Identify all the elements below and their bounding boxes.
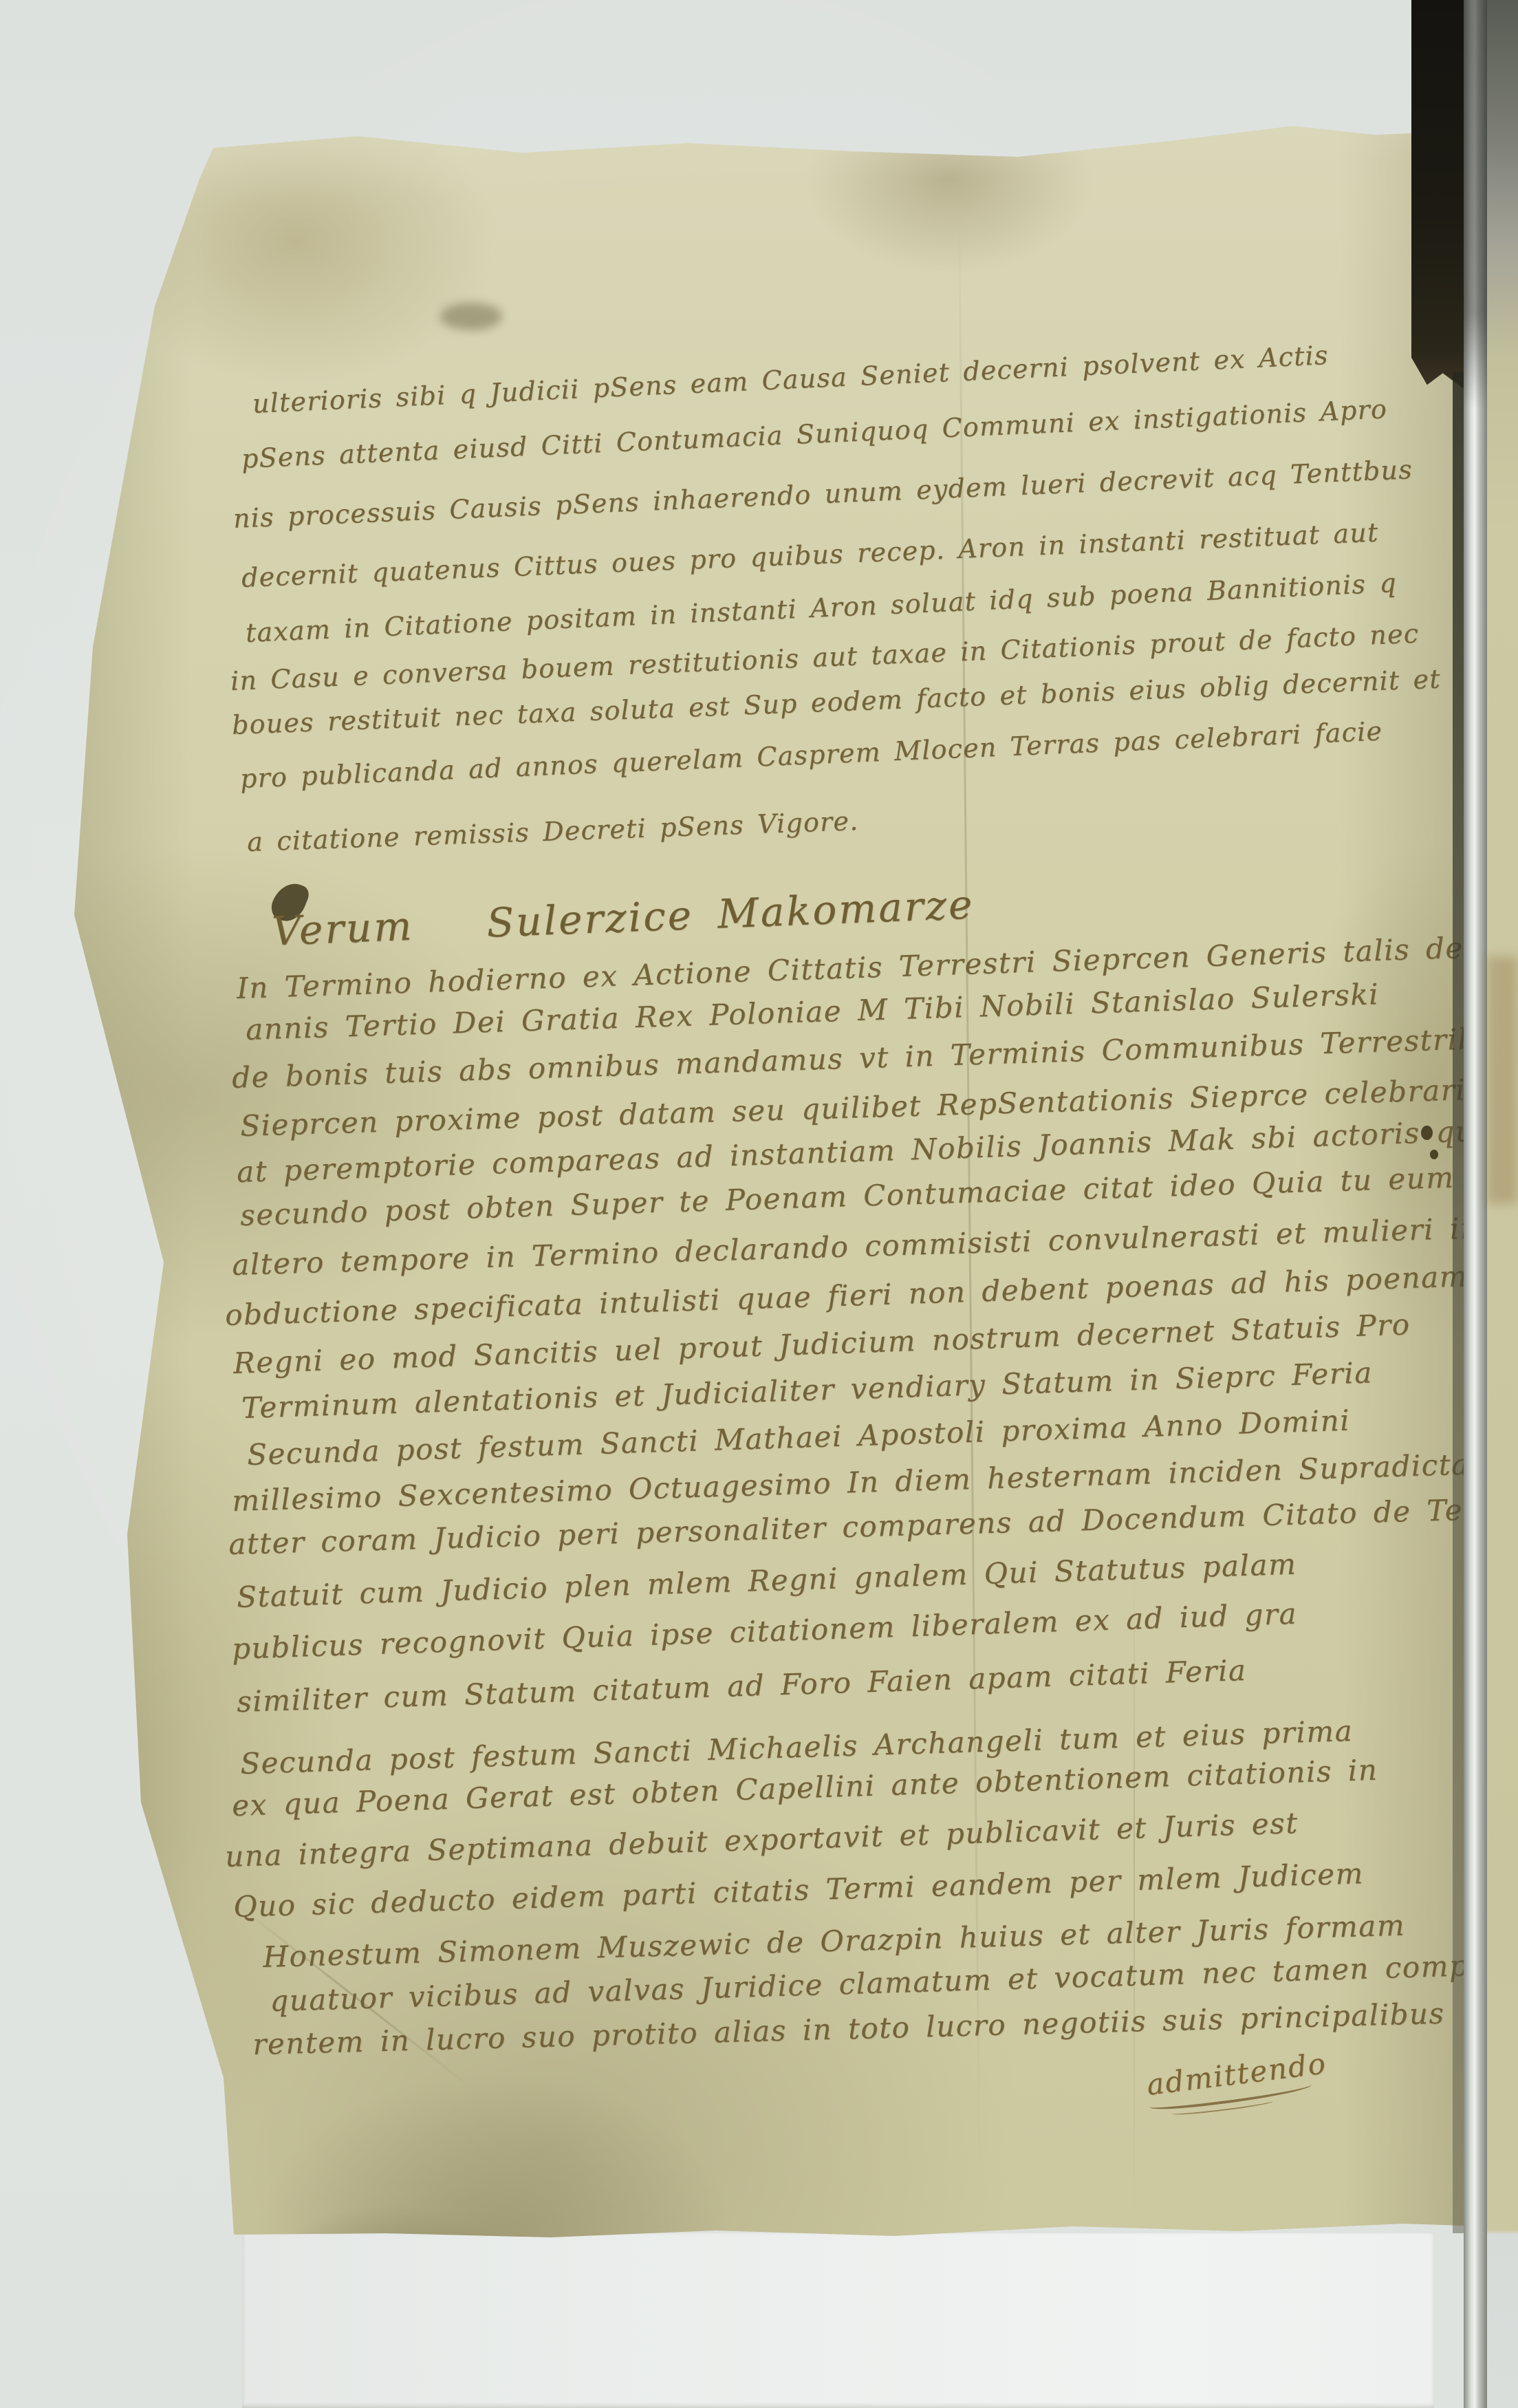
manuscript-line: similiter cum Statum citatum ad Foro Fai… — [236, 1653, 1247, 1719]
glass-clamp-edge — [1464, 0, 1487, 2408]
manuscript-line: a citatione remissis Decreti pSens Vigor… — [246, 806, 859, 857]
binding-clamp-rod — [1411, 0, 1464, 389]
clerk-annotation: admittendo — [1145, 2046, 1330, 2119]
adjacent-page-edge — [1487, 0, 1518, 2408]
adjacent-page-stain — [1487, 956, 1518, 1204]
section-heading: Verum Sulerzice Makomarze — [271, 881, 975, 954]
handwritten-text-layer: Verum Sulerzice Makomarze admittendo ult… — [0, 0, 1518, 2408]
